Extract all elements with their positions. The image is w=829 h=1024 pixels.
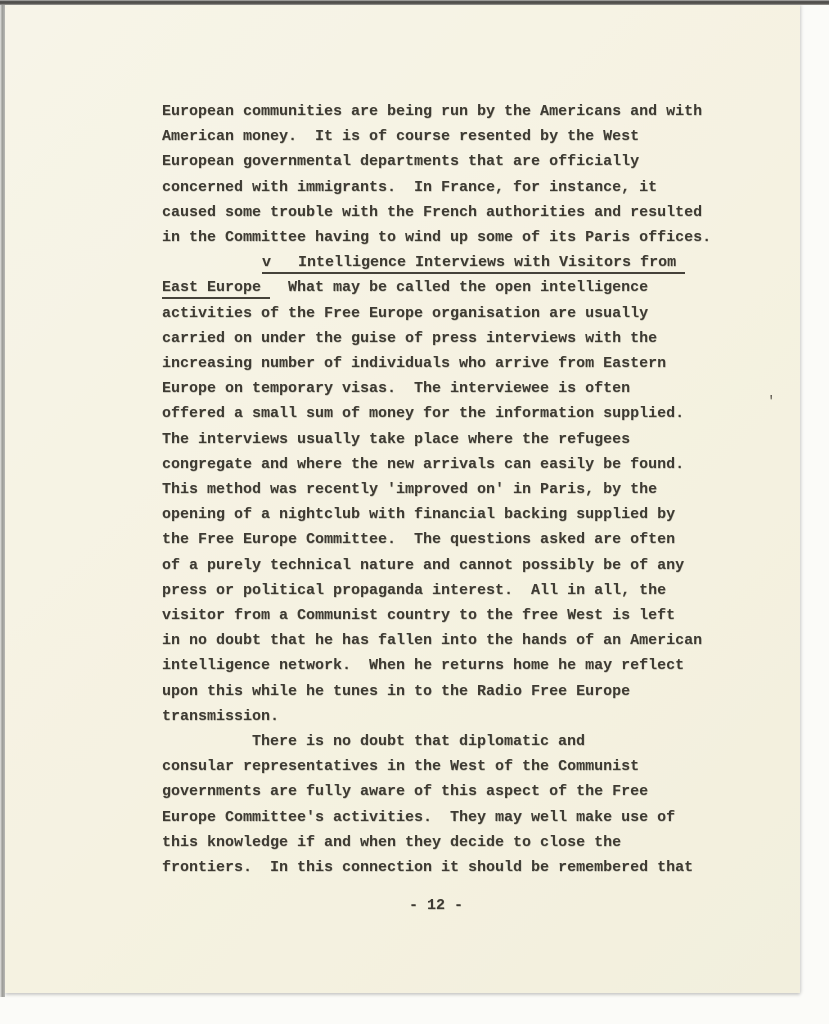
- body-line: of a purely technical nature and cannot …: [162, 553, 722, 578]
- page-number: - 12 -: [162, 893, 710, 918]
- body-line: American money. It is of course resented…: [162, 124, 722, 149]
- body-line: upon this while he tunes in to the Radio…: [162, 679, 722, 704]
- body-text-continuation: What may be called the open intelligence: [270, 279, 648, 296]
- body-line: press or political propaganda interest. …: [162, 578, 722, 603]
- body-line: congregate and where the new arrivals ca…: [162, 452, 722, 477]
- body-line: European communities are being run by th…: [162, 99, 722, 124]
- section-heading-line-2: East Europe What may be called the open …: [162, 275, 722, 300]
- body-line: in the Committee having to wind up some …: [162, 225, 722, 250]
- body-line: This method was recently 'improved on' i…: [162, 477, 722, 502]
- body-line: in no doubt that he has fallen into the …: [162, 628, 722, 653]
- section-heading-underlined-text: v Intelligence Interviews with Visitors …: [262, 254, 685, 274]
- body-line: activities of the Free Europe organisati…: [162, 301, 722, 326]
- section-heading-line-1: v Intelligence Interviews with Visitors …: [162, 250, 722, 275]
- body-line: caused some trouble with the French auth…: [162, 200, 722, 225]
- body-line: Europe Committee's activities. They may …: [162, 805, 722, 830]
- ink-stray-mark: ': [767, 394, 775, 410]
- section-heading-underlined-text: East Europe: [162, 279, 270, 299]
- scanner-top-edge: [0, 0, 829, 5]
- paragraph-first-line: There is no doubt that diplomatic and: [162, 729, 722, 754]
- body-line: concerned with immigrants. In France, fo…: [162, 175, 722, 200]
- body-line: The interviews usually take place where …: [162, 427, 722, 452]
- document-page: ' European communities are being run by …: [5, 4, 800, 993]
- body-line: intelligence network. When he returns ho…: [162, 653, 722, 678]
- body-line: frontiers. In this connection it should …: [162, 855, 722, 880]
- body-line: consular representatives in the West of …: [162, 754, 722, 779]
- scanner-left-edge: [0, 0, 5, 997]
- body-line: increasing number of individuals who arr…: [162, 351, 722, 376]
- body-line: opening of a nightclub with financial ba…: [162, 502, 722, 527]
- body-line: European governmental departments that a…: [162, 149, 722, 174]
- body-line: governments are fully aware of this aspe…: [162, 779, 722, 804]
- body-line: visitor from a Communist country to the …: [162, 603, 722, 628]
- body-line: this knowledge if and when they decide t…: [162, 830, 722, 855]
- typewritten-text-block: European communities are being run by th…: [162, 99, 722, 919]
- body-line: Europe on temporary visas. The interview…: [162, 376, 722, 401]
- body-line: carried on under the guise of press inte…: [162, 326, 722, 351]
- body-line: transmission.: [162, 704, 722, 729]
- body-line: the Free Europe Committee. The questions…: [162, 527, 722, 552]
- body-line: offered a small sum of money for the inf…: [162, 401, 722, 426]
